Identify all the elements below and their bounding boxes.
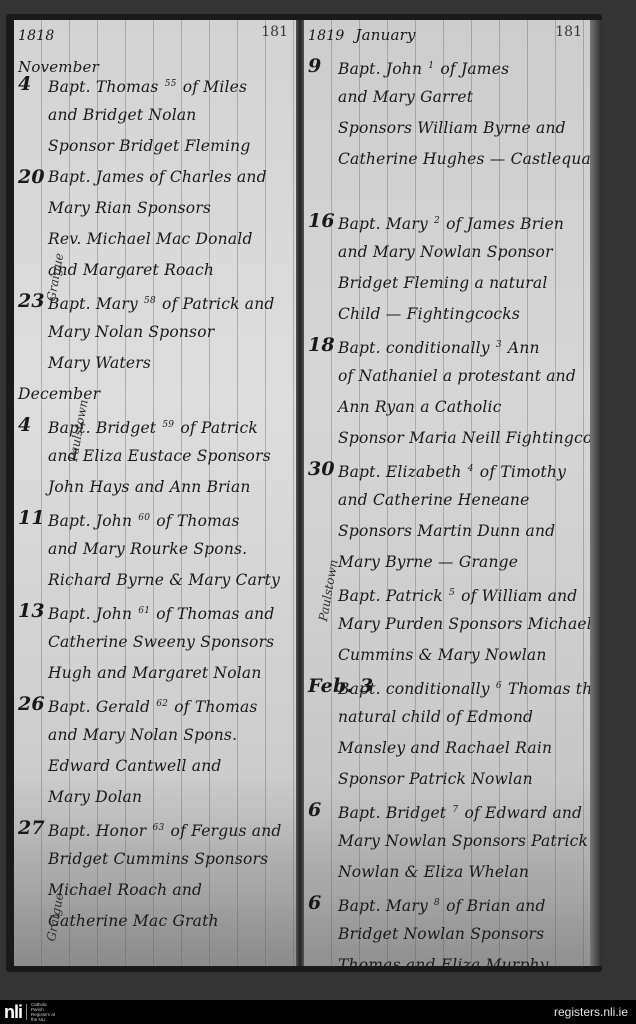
register-line: Sponsor Bridget Fleming [14,131,296,162]
logo-caption: Catholic Parish Registers at the NLI [31,1002,61,1022]
left-page: 181 1818 November 4Bapt. Thomas 55 of Mi… [14,20,296,966]
entry-text: Mary Dolan [48,788,142,806]
entry-text: Bapt. Gerald 62 of Thomas [48,698,258,716]
entry-text-part: of James Brien [441,215,564,233]
page-header: 1818 November [14,20,296,51]
register-line: Sponsor Maria Neill Fightingcocks [304,423,590,454]
register-line: Sponsors Martin Dunn and [304,516,590,547]
entry-day: 26 [18,689,45,720]
entry-text: Bapt. Mary 58 of Patrick and [48,295,275,313]
entry-text: and Mary Nolan Spons. [48,726,237,744]
entry-text: Sponsor Patrick Nowlan [338,770,533,788]
entry-text: Child — Fightingcocks [338,305,520,323]
entry-text-part: Bapt. John [48,512,137,530]
left-page-entries: 1818 November 4Bapt. Thomas 55 of Milesa… [14,20,296,937]
entry-register-number: 6 [496,681,502,691]
register-line: 6Bapt. Mary 8 of Brian and [304,888,590,919]
entry-register-number: 3 [496,340,502,350]
register-line: Bridget Nowlan Sponsors [304,919,590,950]
entry-text-part: of Patrick and [157,295,275,313]
entry-text: Mary Rian Sponsors [48,199,211,217]
entry-text: Sponsors William Byrne and [338,119,566,137]
entry-register-number: 62 [156,699,168,709]
entry-text-part: Bapt. Mary [338,215,433,233]
entry-text-part: of Brian and [441,897,546,915]
entry-text-part: of Timothy [475,463,566,481]
register-line: Cummins & Mary Nowlan [304,640,590,671]
page-edge [590,20,602,966]
register-line: Mary Purden Sponsors Michael [304,609,590,640]
entry-text-part: of Thomas [169,698,257,716]
entry-text-part: Bapt. conditionally [338,339,495,357]
entry-text: Bapt. Elizabeth 4 of Timothy [338,463,566,481]
register-line: Nowlan & Eliza Whelan [304,857,590,888]
register-line: Sponsor Patrick Nowlan [304,764,590,795]
entry-text: Rev. Michael Mac Donald [48,230,253,248]
entry-text-part: of Edward and [459,804,582,822]
entry-text: Cummins & Mary Nowlan [338,646,547,664]
entry-day: Feb. 3 [308,671,373,702]
register-image-viewer[interactable]: 181 1818 November 4Bapt. Thomas 55 of Mi… [0,0,636,1000]
entry-text-part: of Miles [178,78,248,96]
entry-day: 4 [18,69,31,100]
year: 1819 [308,28,344,44]
entry-text-part: of Fergus and [165,822,281,840]
entry-day: 11 [18,503,45,534]
register-line: Mary Rian Sponsors [14,193,296,224]
entry-text-part: Ann [503,339,540,357]
site-link[interactable]: registers.nli.ie [554,1005,636,1019]
entry-text: Bapt. Bridget 7 of Edward and [338,804,582,822]
month-heading: December [14,379,296,410]
entry-text-part: of Patrick [175,419,258,437]
entry-text: Mary Waters [48,354,151,372]
entry-text: Bapt. John 61 of Thomas and [48,605,274,623]
entry-register-number: 59 [162,420,174,430]
right-page: 181 1819 January 9Bapt. John 1 of Jamesa… [304,20,590,966]
entry-register-number: 8 [434,898,440,908]
register-line: Child — Fightingcocks [304,299,590,330]
register-line: Bapt. Patrick 5 of William and [304,578,590,609]
entry-text: Richard Byrne & Mary Carty [48,571,280,589]
register-line: Mary Waters [14,348,296,379]
entry-text: Bapt. Patrick 5 of William and [338,587,577,605]
register-line: 27Bapt. Honor 63 of Fergus and [14,813,296,844]
entry-text: Mary Byrne — Grange [338,553,518,571]
entry-text-part: Bapt. John [338,60,427,78]
entry-text-part: Bapt. Bridget [48,419,161,437]
register-line: 26Bapt. Gerald 62 of Thomas [14,689,296,720]
entry-register-number: 7 [452,805,458,815]
entry-text-part: of William and [456,587,577,605]
register-line: 4Bapt. Bridget 59 of Patrick [14,410,296,441]
entry-text: Bridget Fleming a natural [338,274,548,292]
register-line: and Bridget Nolan [14,100,296,131]
register-line: 16Bapt. Mary 2 of James Brien [304,206,590,237]
nli-logo-mark: nli [4,1003,22,1021]
entry-text: Bapt. John 1 of James [338,60,509,78]
entry-register-number: 5 [449,588,455,598]
entry-text-part: Bapt. Patrick [338,587,448,605]
entry-text: Hugh and Margaret Nolan [48,664,262,682]
register-line: Bridget Fleming a natural [304,268,590,299]
entry-text-part: Bapt. Thomas [48,78,164,96]
entry-text-part: Thomas the [503,680,590,698]
month: January [355,26,415,44]
register-line: Mary Byrne — Grange [304,547,590,578]
entry-register-number: 4 [468,464,474,474]
entry-text-part: Bapt. Mary [48,295,143,313]
entry-day: 13 [18,596,45,627]
entry-text-part: of James [435,60,509,78]
entry-text: Bridget Nowlan Sponsors [338,925,544,943]
entry-text: Bridget Cummins Sponsors [48,850,268,868]
entry-text: and Mary Rourke Spons. [48,540,247,558]
entry-day: 6 [308,795,321,826]
entry-text: Ann Ryan a Catholic [338,398,502,416]
entry-text: Bapt. Mary 8 of Brian and [338,897,546,915]
entry-text-part: Bapt. Bridget [338,804,451,822]
register-line: Feb. 3Bapt. conditionally 6 Thomas the [304,671,590,702]
logo-caption-line: Catholic Parish [31,1002,47,1012]
register-line: Edward Cantwell and [14,751,296,782]
right-page-entries: 1819 January 9Bapt. John 1 of Jamesand M… [304,20,590,966]
entry-day: 4 [18,410,31,441]
entry-text: Edward Cantwell and [48,757,222,775]
register-line: Mansley and Rachael Rain [304,733,590,764]
nli-logo[interactable]: nli Catholic Parish Registers at the NLI [0,1002,61,1022]
entry-text: Catherine Sweeny Sponsors [48,633,274,651]
register-line: natural child of Edmond [304,702,590,733]
register-line: Bridget Cummins Sponsors [14,844,296,875]
entry-register-number: 60 [138,513,150,523]
entry-text: Mary Purden Sponsors Michael [338,615,590,633]
viewer-footer: nli Catholic Parish Registers at the NLI… [0,1000,636,1024]
entry-text: Michael Roach and [48,881,202,899]
entry-text: Mary Nowlan Sponsors Patrick [338,832,588,850]
register-line: and Mary Nowlan Sponsor [304,237,590,268]
register-line: John Hays and Ann Brian [14,472,296,503]
register-line [304,175,590,206]
book-gutter [296,20,304,966]
entry-day: 9 [308,51,321,82]
entry-day: 6 [308,888,321,919]
entry-text: Nowlan & Eliza Whelan [338,863,529,881]
register-line: 18Bapt. conditionally 3 Ann [304,330,590,361]
entry-text: Bapt. Mary 2 of James Brien [338,215,564,233]
entry-text-part: of Thomas [151,512,239,530]
entry-text-part: Bapt. Gerald [48,698,155,716]
register-line: 4Bapt. Thomas 55 of Miles [14,69,296,100]
register-line: Richard Byrne & Mary Carty [14,565,296,596]
entry-text: Bapt. conditionally 6 Thomas the [338,680,590,698]
register-line: Hugh and Margaret Nolan [14,658,296,689]
entry-register-number: 1 [428,61,434,71]
register-line: Thomas and Eliza Murphy [304,950,590,966]
entry-text: of Nathaniel a protestant and [338,367,576,385]
register-line: and Mary Garret [304,82,590,113]
entry-text: and Mary Garret [338,88,473,106]
register-line: 9Bapt. John 1 of James [304,51,590,82]
entry-text: Mary Nolan Sponsor [48,323,214,341]
register-line: and Mary Rourke Spons. [14,534,296,565]
register-line: Mary Nowlan Sponsors Patrick [304,826,590,857]
entry-day: 18 [308,330,335,361]
entry-day: 30 [308,454,335,485]
register-line: and Mary Nolan Spons. [14,720,296,751]
entry-text: Mansley and Rachael Rain [338,739,552,757]
logo-caption-line: the NLI [31,1017,46,1022]
entry-text-part: of Thomas and [151,605,274,623]
entry-text: Sponsor Bridget Fleming [48,137,250,155]
year: 1818 [18,28,54,44]
entry-text: Bapt. Thomas 55 of Miles [48,78,247,96]
register-line: Mary Dolan [14,782,296,813]
register-line: and Catherine Heneane [304,485,590,516]
entry-text-part: Bapt. Elizabeth [338,463,467,481]
entry-text: Thomas and Eliza Murphy [338,956,549,966]
register-line: Catherine Hughes — Castlequarter [304,144,590,175]
entry-text: Sponsors Martin Dunn and [338,522,555,540]
register-line: 30Bapt. Elizabeth 4 of Timothy [304,454,590,485]
entry-text: Bapt. conditionally 3 Ann [338,339,540,357]
entry-day: 20 [18,162,45,193]
register-line: Sponsors William Byrne and [304,113,590,144]
register-line: and Eliza Eustace Sponsors [14,441,296,472]
entry-text: and Bridget Nolan [48,106,196,124]
entry-text: natural child of Edmond [338,708,533,726]
entry-register-number: 58 [144,296,156,306]
entry-register-number: 2 [434,216,440,226]
entry-text-part: Bapt. John [48,605,137,623]
register-line: Mary Nolan Sponsor [14,317,296,348]
entry-text: Bapt. James of Charles and [48,168,267,186]
entry-text: and Margaret Roach [48,261,214,279]
entry-text: Catherine Mac Grath [48,912,219,930]
entry-text: Bapt. John 60 of Thomas [48,512,240,530]
entry-register-number: 55 [165,79,177,89]
register-line: Ann Ryan a Catholic [304,392,590,423]
entry-day: 23 [18,286,45,317]
entry-register-number: 61 [138,606,150,616]
entry-text: and Mary Nowlan Sponsor [338,243,553,261]
register-line: of Nathaniel a protestant and [304,361,590,392]
entry-text: John Hays and Ann Brian [48,478,251,496]
register-line: 11Bapt. John 60 of Thomas [14,503,296,534]
entry-day: 16 [308,206,335,237]
page-header: 1819 January [304,20,590,51]
entry-text: and Catherine Heneane [338,491,529,509]
register-book-spread: 181 1818 November 4Bapt. Thomas 55 of Mi… [6,14,602,972]
logo-divider [26,1004,27,1020]
entry-text: Sponsor Maria Neill Fightingcocks [338,429,590,447]
entry-day: 27 [18,813,45,844]
entry-register-number: 63 [153,823,165,833]
register-line: Rev. Michael Mac Donald [14,224,296,255]
entry-text-part: Bapt. Mary [338,897,433,915]
register-line: Catherine Sweeny Sponsors [14,627,296,658]
entry-text-part: Bapt. Honor [48,822,152,840]
entry-text: Bapt. Honor 63 of Fergus and [48,822,282,840]
register-line: 6Bapt. Bridget 7 of Edward and [304,795,590,826]
register-line: 13Bapt. John 61 of Thomas and [14,596,296,627]
entry-text: Catherine Hughes — Castlequarter [338,150,590,168]
register-line: 20Bapt. James of Charles and [14,162,296,193]
